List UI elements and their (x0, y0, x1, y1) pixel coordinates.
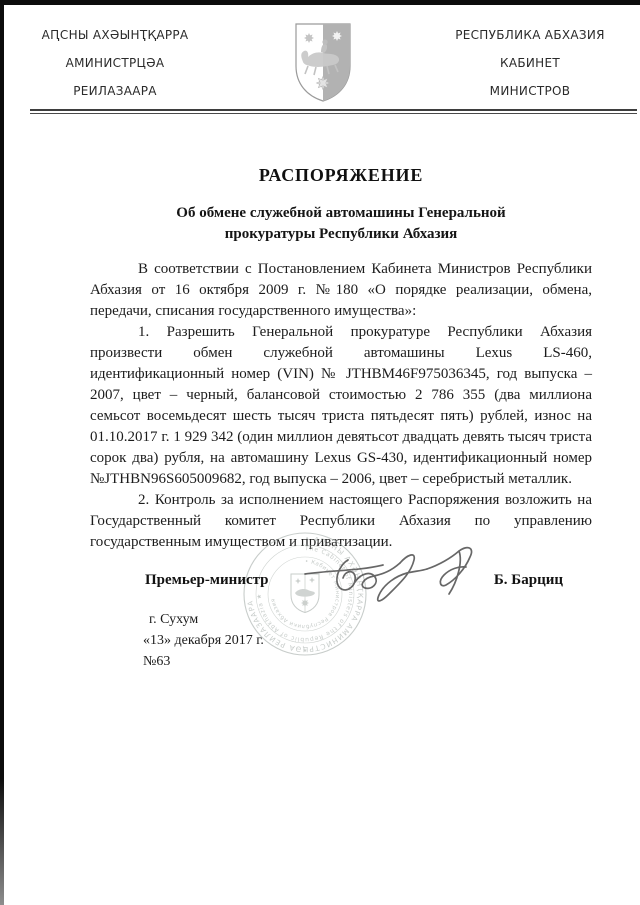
document-body: В соответствии с Постановлением Кабинета… (90, 259, 592, 553)
letterhead-abkhaz-line3: РЕИЛАЗААРА (30, 77, 200, 105)
document-subject-line1: Об обмене служебной автомашины Генеральн… (90, 203, 592, 224)
document-subject-line2: прокуратуры Республики Абхазия (90, 224, 592, 245)
scan-artifact-top-edge (0, 0, 640, 5)
issuance-block: г. Сухум «13» декабря 2017 г. №63 (143, 609, 264, 672)
issuance-date: «13» декабря 2017 г. (143, 630, 264, 651)
paragraph-preamble: В соответствии с Постановлением Кабинета… (90, 259, 592, 322)
letterhead-abkhaz-line2: АМИНИСТРЦӘА (30, 49, 200, 77)
seal-bottom-star: ★ (303, 648, 308, 654)
document-subject: Об обмене служебной автомашины Генеральн… (90, 203, 592, 245)
document-title: РАСПОРЯЖЕНИЕ (90, 165, 592, 186)
letterhead-abkhaz-line1: АԤСНЫ АХӘЫНҬҚАРРА (30, 21, 200, 49)
scanned-document-page: АԤСНЫ АХӘЫНҬҚАРРА АМИНИСТРЦӘА РЕИЛАЗААРА (0, 0, 640, 905)
issuance-place: г. Сухум (143, 609, 264, 630)
paragraph-item-1: 1. Разрешить Генеральной прокуратуре Рес… (90, 322, 592, 490)
scan-artifact-left-edge (0, 0, 4, 905)
letterhead-russian-block: РЕСПУБЛИКА АБХАЗИЯ КАБИНЕТ МИНИСТРОВ (445, 21, 615, 105)
document-number: №63 (143, 651, 264, 672)
signatory-role: Премьер-министр (145, 572, 269, 589)
signatory-name: Б. Барциц (494, 572, 563, 589)
letterhead-russian-line1: РЕСПУБЛИКА АБХАЗИЯ (445, 21, 615, 49)
handwritten-signature (303, 538, 488, 620)
coat-of-arms-icon (294, 22, 352, 104)
letterhead-russian-line3: МИНИСТРОВ (445, 77, 615, 105)
letterhead-russian-line2: КАБИНЕТ (445, 49, 615, 77)
letterhead-abkhaz-block: АԤСНЫ АХӘЫНҬҚАРРА АМИНИСТРЦӘА РЕИЛАЗААРА (30, 21, 200, 105)
letterhead-divider-rule (30, 109, 637, 114)
